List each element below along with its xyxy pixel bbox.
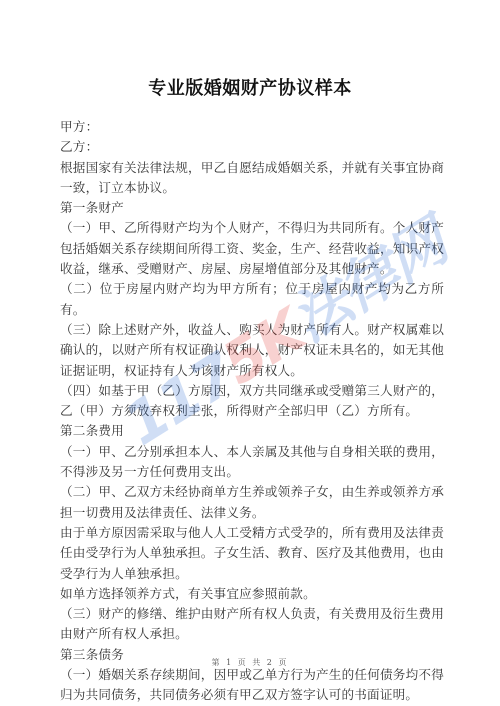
- clause-paragraph: （二）甲、乙双方未经协商单方生养或领养子女，由生养或领养方承担一切费用及法律责任…: [60, 482, 444, 523]
- document-body: 甲方： 乙方： 根据国家有关法律法规，甲乙自愿结成婚姻关系，并就有关事宜协商一致…: [60, 117, 444, 706]
- preamble-paragraph: 根据国家有关法律法规，甲乙自愿结成婚姻关系，并就有关事宜协商一致，订立本协议。: [60, 158, 444, 199]
- clause-paragraph: 由于单方原因需采取与他人人工受精方式受孕的，所有费用及法律责任由受孕行为人单独承…: [60, 523, 444, 584]
- party-b-line: 乙方：: [60, 137, 444, 157]
- clause-paragraph: （一）婚姻关系存续期间，因甲或乙单方行为产生的任何债务均不得归为共同债务，共同债…: [60, 665, 444, 706]
- clause-paragraph: （四）如基于甲（乙）方原因，双方共同继承或受赠第三人财产的，乙（甲）方须放弃权利…: [60, 381, 444, 422]
- clause-paragraph: 如单方选择领养方式，有关事宜应参照前款。: [60, 584, 444, 604]
- clause-paragraph: （三）财产的修缮、维护由财产所有权人负责，有关费用及衍生费用由财产所有权人承担。: [60, 604, 444, 645]
- document-title: 专业版婚姻财产协议样本: [0, 74, 500, 100]
- document-page: 专业版婚姻财产协议样本 甲方： 乙方： 根据国家有关法律法规，甲乙自愿结成婚姻关…: [0, 0, 500, 706]
- section-heading-property: 第一条财产: [60, 198, 444, 218]
- page-footer: 第 1 页 共 2 页: [0, 657, 500, 668]
- clause-paragraph: （一）甲、乙所得财产均为个人财产，不得归为共同所有。个人财产包括婚姻关系存续期间…: [60, 218, 444, 279]
- clause-paragraph: （二）位于房屋内财产均为甲方所有；位于房屋内财产均为乙方所有。: [60, 279, 444, 320]
- section-heading-expenses: 第二条费用: [60, 421, 444, 441]
- clause-paragraph: （三）除上述财产外，收益人、购买人为财产所有人。财产权属难以确认的，以财产所有权…: [60, 320, 444, 381]
- clause-paragraph: （一）甲、乙分别承担本人、本人亲属及其他与自身相关联的费用，不得涉及另一方任何费…: [60, 442, 444, 483]
- party-a-line: 甲方：: [60, 117, 444, 137]
